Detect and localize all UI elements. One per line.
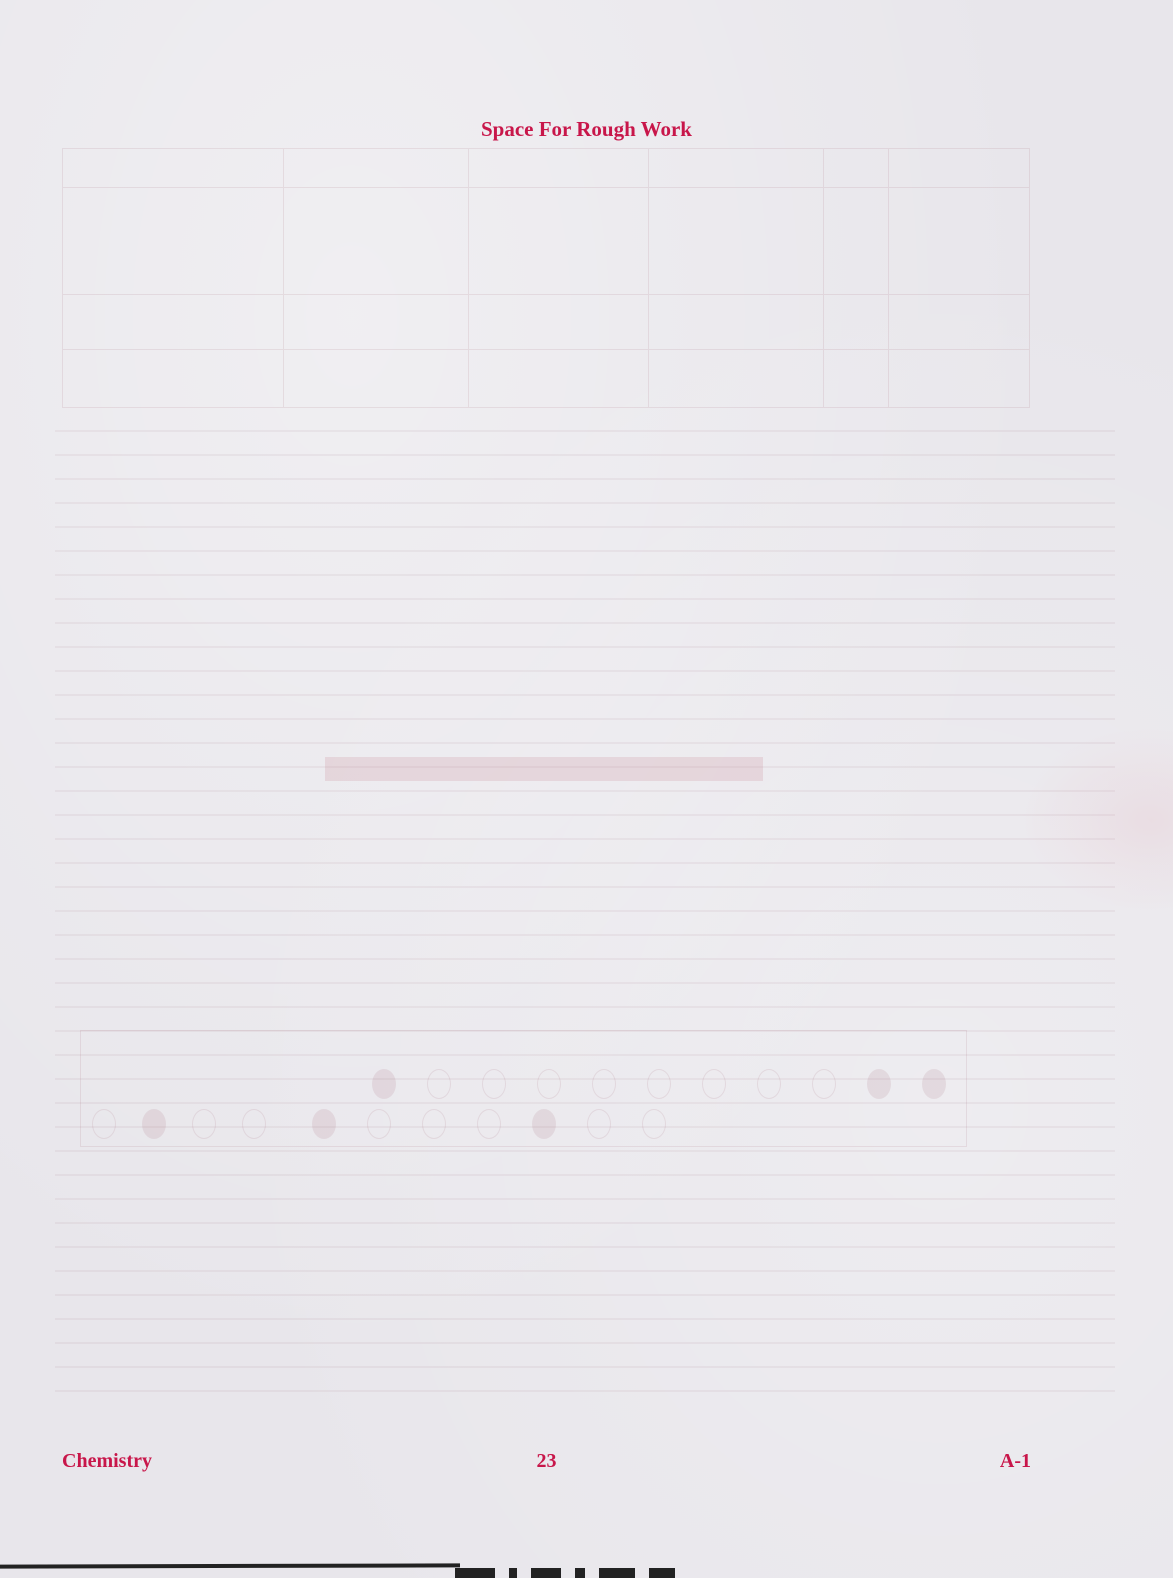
page-heading: Space For Rough Work <box>0 117 1173 142</box>
scan-edge-marks <box>455 1568 675 1578</box>
show-through-banner <box>325 757 763 781</box>
footer-subject: Chemistry <box>62 1450 152 1473</box>
page-footer: Chemistry 23 A-1 <box>62 1450 1031 1473</box>
footer-version-code: A-1 <box>1000 1450 1031 1473</box>
show-through-instructions <box>55 430 1115 1414</box>
show-through-bubble-examples <box>80 1030 967 1147</box>
show-through-header-table <box>62 148 1030 408</box>
footer-page-number: 23 <box>537 1450 557 1473</box>
